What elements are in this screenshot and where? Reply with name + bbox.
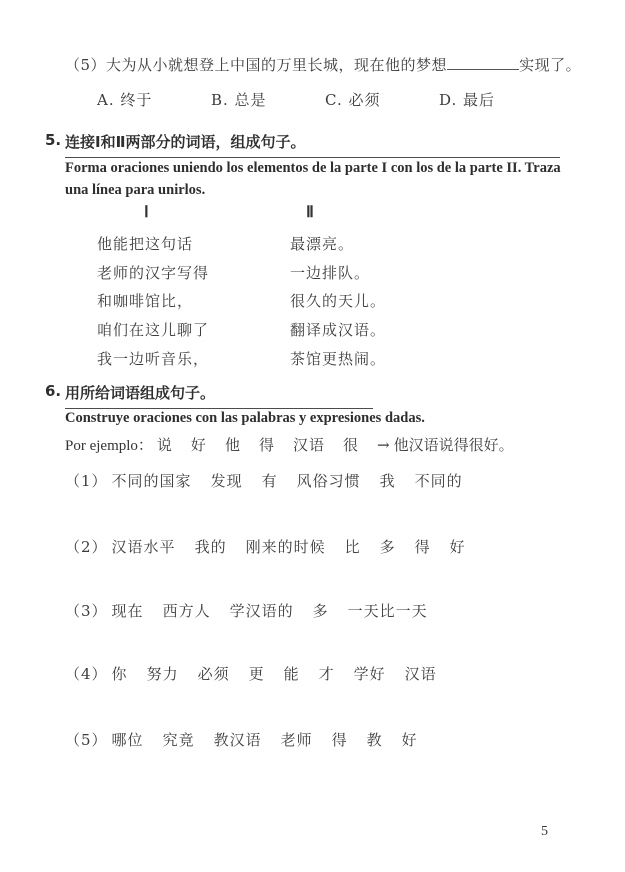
item-number: （2） [65,536,108,557]
question-number: （5） [65,56,106,74]
options-row: A. 终于 B. 总是 C. 必须 D. 最后 [97,89,553,110]
example-word: 说 [157,434,173,455]
column-header-ii: Ⅱ [306,202,314,222]
example-word: 他 [225,434,241,455]
match-row: 我一边听音乐， 茶馆更热闹。 [97,344,386,373]
item-word: 好 [402,729,418,750]
section-5-title: 连接Ⅰ和Ⅱ两部分的词语，组成句子。 [65,131,560,158]
exercise-item: （3） 现在 西方人 学汉语的 多 一天比一天 [65,600,447,621]
item-word: 我的 [195,536,227,557]
item-word: 究竟 [163,729,195,750]
match-row: 咱们在这儿聊了 翻译成汉语。 [97,315,386,344]
match-left-phrase: 我一边听音乐， [97,348,290,369]
item-number: （5） [65,729,108,750]
item-number: （4） [65,663,108,684]
answer-blank [447,55,519,70]
question-item: （5）大为从小就想登上中国的万里长城，现在他的梦想实现了。 [65,54,585,75]
match-left-phrase: 咱们在这儿聊了 [97,319,290,340]
item-word: 有 [262,470,278,491]
option-d: D. 最后 [439,89,553,110]
question-text-after: 实现了。 [519,56,581,74]
match-row: 他能把这句话 最漂亮。 [97,229,386,258]
item-word: 更 [249,663,265,684]
workbook-page: （5）大为从小就想登上中国的万里长城，现在他的梦想实现了。 A. 终于 B. 总… [0,0,625,872]
item-word: 多 [313,600,329,621]
item-word: 汉语 [405,663,437,684]
match-right-phrase: 最漂亮。 [290,233,354,254]
match-table: 他能把这句话 最漂亮。 老师的汉字写得 一边排队。 和咖啡馆比， 很久的天儿。 … [97,229,386,373]
item-word: 刚来的时候 [246,536,326,557]
option-a: A. 终于 [97,89,211,110]
item-number: （1） [65,470,108,491]
item-word: 西方人 [163,600,211,621]
item-word: 得 [332,729,348,750]
exercise-item: （4） 你 努力 必须 更 能 才 学好 汉语 [65,663,456,684]
item-word: 努力 [147,663,179,684]
example-word: 很 [343,434,359,455]
item-word: 学汉语的 [230,600,294,621]
example-label: Por ejemplo： [65,434,153,455]
arrow-icon: → [377,436,390,454]
item-word: 得 [415,536,431,557]
match-right-phrase: 翻译成汉语。 [290,319,386,340]
item-word: 比 [345,536,361,557]
example-word: 好 [191,434,207,455]
item-word: 我 [380,470,396,491]
question-text: 大为从小就想登上中国的万里长城，现在他的梦想 [106,56,447,74]
item-word: 风俗习惯 [297,470,361,491]
section-6-instructions-es: Construye oraciones con las palabras y e… [65,407,565,429]
item-word: 多 [380,536,396,557]
item-word: 哪位 [112,729,144,750]
item-word: 不同的 [415,470,463,491]
item-word: 不同的国家 [112,470,192,491]
match-row: 老师的汉字写得 一边排队。 [97,258,386,287]
item-word: 才 [319,663,335,684]
match-right-phrase: 很久的天儿。 [290,290,386,311]
item-word: 汉语水平 [112,536,176,557]
item-word: 一天比一天 [348,600,428,621]
item-word: 能 [284,663,300,684]
item-word: 必须 [198,663,230,684]
example-word: 得 [259,434,275,455]
item-word: 学好 [354,663,386,684]
section-6-title: 用所给词语组成句子。 [65,382,373,409]
page-number: 5 [541,824,548,840]
section-5-instructions-es: Forma oraciones uniendo los elementos de… [65,157,565,201]
section-5-number: 5. [45,131,61,149]
option-c: C. 必须 [325,89,439,110]
match-right-phrase: 茶馆更热闹。 [290,348,386,369]
section-6-number: 6. [45,382,61,400]
item-word: 现在 [112,600,144,621]
match-left-phrase: 他能把这句话 [97,233,290,254]
option-b: B. 总是 [211,89,325,110]
item-number: （3） [65,600,108,621]
column-header-i: Ⅰ [144,202,149,222]
item-word: 老师 [281,729,313,750]
item-word: 教 [367,729,383,750]
match-row: 和咖啡馆比， 很久的天儿。 [97,287,386,316]
exercise-item: （2） 汉语水平 我的 刚来的时候 比 多 得 好 [65,536,485,557]
exercise-item: （5） 哪位 究竟 教汉语 老师 得 教 好 [65,729,437,750]
example-word: 汉语 [293,434,325,455]
item-word: 发现 [211,470,243,491]
example-line: Por ejemplo： 说 好 他 得 汉语 很 → 他汉语说得很好。 [65,434,514,455]
exercise-item: （1） 不同的国家 发现 有 风俗习惯 我 不同的 [65,470,482,491]
match-right-phrase: 一边排队。 [290,262,370,283]
item-word: 教汉语 [214,729,262,750]
item-word: 好 [450,536,466,557]
item-word: 你 [112,663,128,684]
example-result: 他汉语说得很好。 [394,434,514,455]
match-left-phrase: 和咖啡馆比， [97,290,290,311]
match-left-phrase: 老师的汉字写得 [97,262,290,283]
